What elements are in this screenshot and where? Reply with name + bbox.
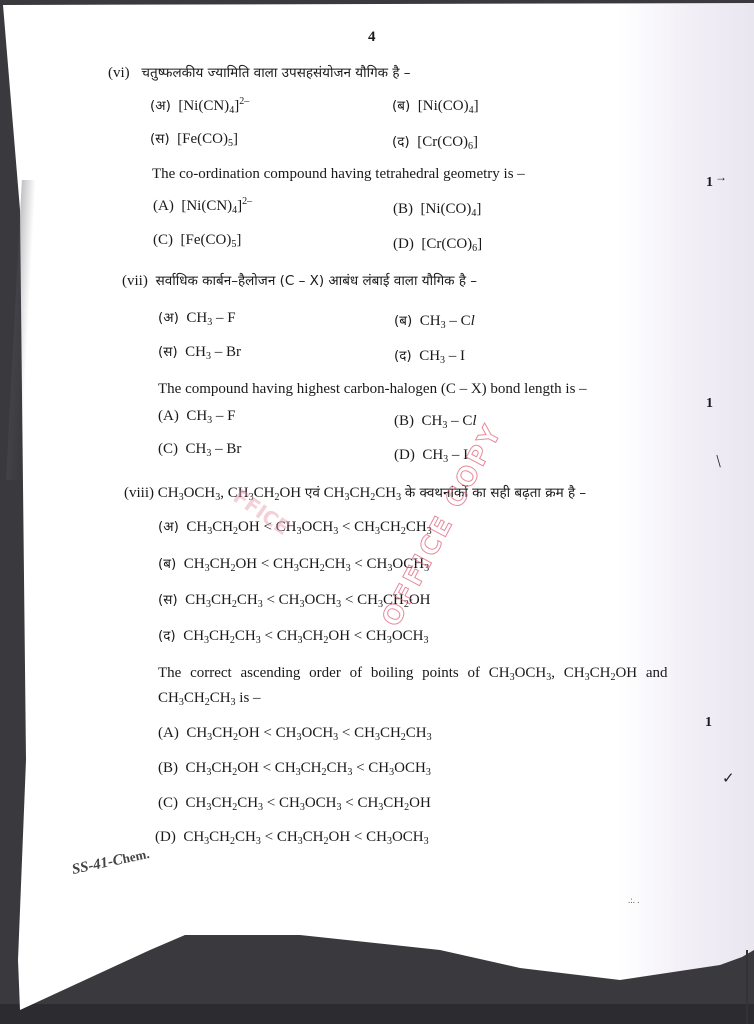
question-vii-hindi: (vii) सर्वाधिक कार्बन–हैलोजन (C – X) आबं… — [122, 272, 477, 290]
option: (अ) CH3 – F — [158, 309, 236, 327]
question-vii-english: The compound having highest carbon-halog… — [158, 380, 587, 398]
option: (अ) CH3CH2OH < CH3OCH3 < CH3CH2CH3 — [158, 518, 432, 536]
question-vi-english: The co-ordination compound having tetrah… — [152, 165, 525, 183]
option: (A) [Ni(CN)4]2– — [153, 197, 252, 215]
marks-label: 1 — [706, 174, 713, 192]
question-viii-english-line1: The correct ascending order of boiling p… — [158, 664, 668, 682]
option: (ब) CH3 – Cl — [394, 312, 475, 330]
option: (ब) CH3CH2OH < CH3CH2CH3 < CH3OCH3 — [158, 555, 429, 573]
option: (ब) [Ni(CO)4] — [392, 97, 479, 115]
question-number: (vii) — [122, 273, 148, 289]
tick-mark-icon: → — [715, 168, 727, 186]
option: (D) CH3 – I — [394, 446, 468, 464]
option: (B) CH3 – Cl — [394, 412, 477, 430]
option: (स) [Fe(CO)5] — [150, 130, 238, 148]
option: (D) CH3CH2CH3 < CH3CH2OH < CH3OCH3 — [155, 828, 429, 846]
scan-background-bottom — [0, 1004, 754, 1024]
question-viii-english-line2: CH3CH2CH3 is – — [158, 689, 261, 707]
option: (A) CH3 – F — [158, 407, 236, 425]
question-viii-hindi: (viii) CH3OCH3, CH3CH2OH एवं CH3CH2CH3 क… — [124, 484, 586, 502]
question-text-hindi: सर्वाधिक कार्बन–हैलोजन (C – X) आबंध लंबा… — [156, 273, 477, 289]
marks-label: 1 — [705, 714, 712, 732]
option: (C) CH3CH2CH3 < CH3OCH3 < CH3CH2OH — [158, 794, 431, 812]
option: (A) CH3CH2OH < CH3OCH3 < CH3CH2CH3 — [158, 724, 432, 742]
question-number: (vi) — [108, 65, 130, 81]
scan-specks: .:. . — [628, 895, 640, 905]
question-text-hindi: चतुष्फलकीय ज्यामिति वाला उपसहसंयोजन यौगि… — [141, 65, 410, 81]
option: (द) CH3CH2CH3 < CH3CH2OH < CH3OCH3 — [158, 627, 429, 645]
option: (स) CH3 – Br — [158, 343, 241, 361]
option: (अ) [Ni(CN)4]2– — [150, 97, 249, 115]
question-number: (viii) — [124, 485, 154, 501]
scan-edge-line — [746, 950, 748, 1024]
page-number: 4 — [368, 28, 376, 46]
option: (C) CH3 – Br — [158, 440, 241, 458]
option: (द) [Cr(CO)6] — [392, 133, 478, 151]
option: (C) [Fe(CO)5] — [153, 231, 241, 249]
option: (B) CH3CH2OH < CH3CH2CH3 < CH3OCH3 — [158, 759, 431, 777]
marks-label: 1 — [706, 395, 713, 413]
question-vi-hindi: (vi) चतुष्फलकीय ज्यामिति वाला उपसहसंयोजन… — [108, 64, 411, 82]
option: (B) [Ni(CO)4] — [393, 200, 481, 218]
tick-mark-icon: ✓ — [722, 770, 735, 788]
option: (D) [Cr(CO)6] — [393, 235, 482, 253]
option: (द) CH3 – I — [394, 347, 465, 365]
